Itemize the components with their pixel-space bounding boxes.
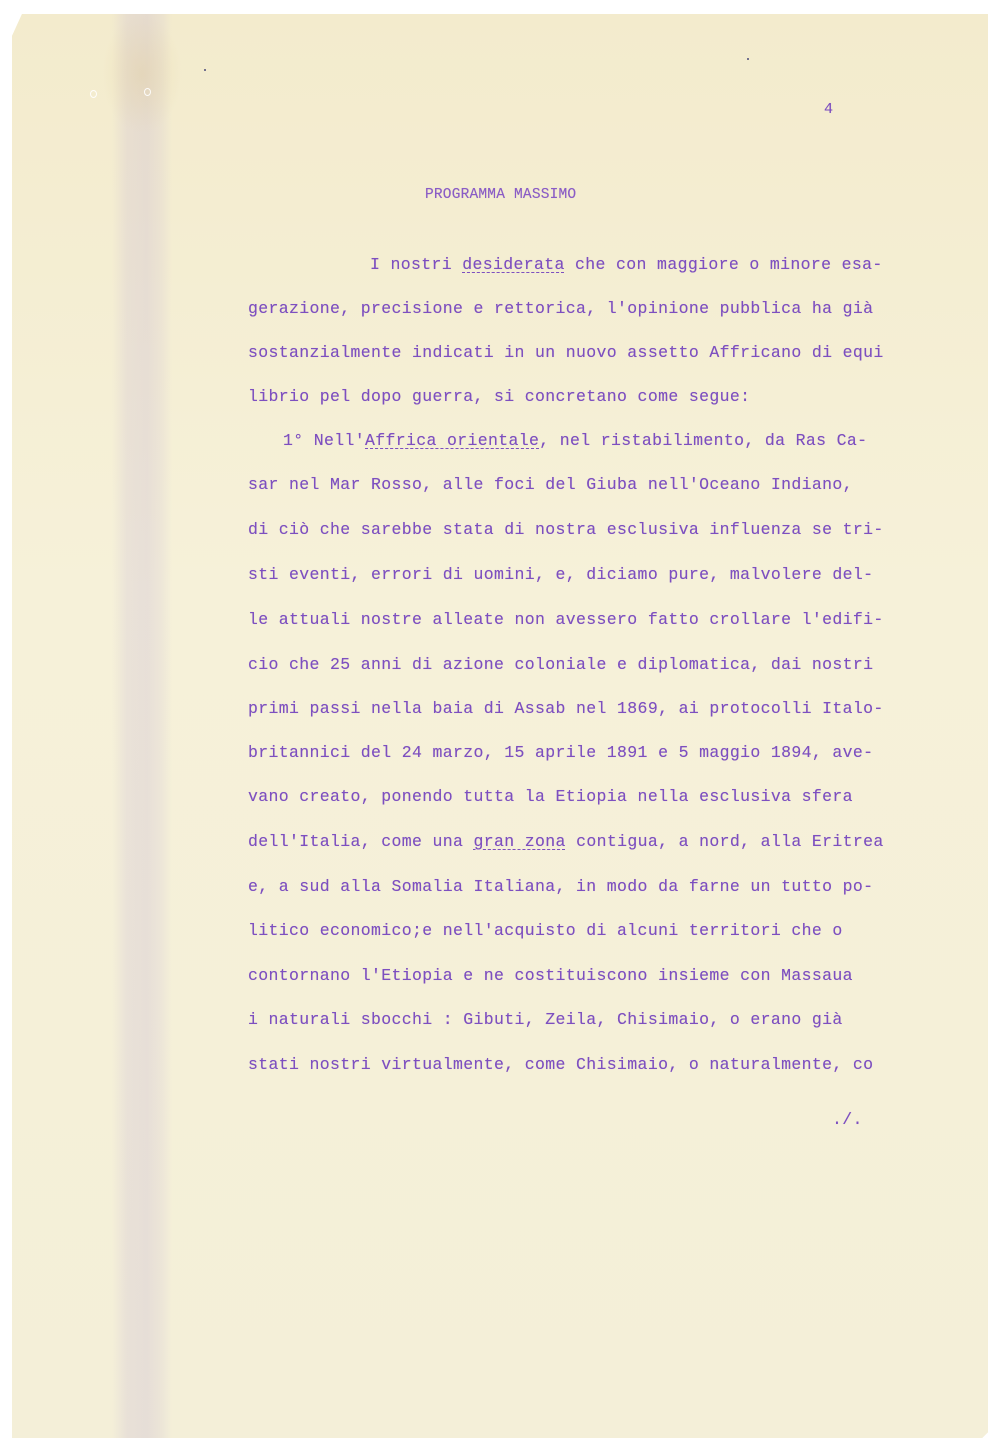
text-line: sar nel Mar Rosso, alle foci del Giuba n… [248,475,853,495]
continuation-mark: ./. [832,1110,863,1130]
paper-sheet [12,14,988,1438]
text-segment: contigua, a nord, alla Eritrea [566,832,884,851]
text-segment: dell'Italia, come una [248,832,474,851]
text-segment: , co [832,1055,873,1074]
text-line: 1° Nell'Affrica orientale, nel ristabili… [283,431,867,451]
handwritten-correction: naturalmente [709,1055,832,1074]
page-number: 4 [824,100,833,120]
text-line: litico economico;e nell'acquisto di alcu… [248,921,843,941]
text-line: le attuali nostre alleate non avessero f… [248,610,884,630]
text-segment: 1° Nell' [283,431,365,450]
text-line: dell'Italia, come una gran zona contigua… [248,832,884,852]
text-segment: I nostri [370,255,462,274]
punch-hole-mark [144,88,151,96]
text-line: britannici del 24 marzo, 15 aprile 1891 … [248,743,873,763]
text-line: i naturali sbocchi : Gibuti, Zeila, Chis… [248,1010,843,1030]
text-line: sostanzialmente indicati in un nuovo ass… [248,343,884,363]
text-line: librio pel dopo guerra, si concretano co… [248,387,750,407]
text-line: gerazione, precisione e rettorica, l'opi… [248,299,873,319]
ink-speck [204,69,206,71]
underlined-term: Affrica orientale [365,431,539,450]
text-line: cio che 25 anni di azione coloniale e di… [248,655,873,675]
text-line: vano creato, ponendo tutta la Etiopia ne… [248,787,853,807]
text-line: stati nostri virtualmente, come Chisimai… [248,1055,873,1075]
paper-stain [102,14,182,134]
underlined-term: desiderata [462,255,565,274]
text-line: e, a sud alla Somalia Italiana, in modo … [248,877,873,897]
text-segment: che con maggiore o minore esa- [565,255,883,274]
punch-hole-mark [90,90,97,98]
text-segment: , nel ristabilimento, da Ras Ca- [539,431,867,450]
underlined-term: gran zona [474,832,566,851]
text-segment: stati nostri virtualmente, come Chisimai… [248,1055,709,1074]
text-line: contornano l'Etiopia e ne costituiscono … [248,966,853,986]
corrected-word: naturalmente [709,1055,832,1074]
text-line: primi passi nella baia di Assab nel 1869… [248,699,884,719]
ink-speck [747,58,749,60]
text-line: sti eventi, errori di uomini, e, diciamo… [248,565,873,585]
text-line: di ciò che sarebbe stata di nostra esclu… [248,520,884,540]
document-title: PROGRAMMA MASSIMO [425,185,576,205]
text-line: I nostri desiderata che con maggiore o m… [370,255,883,275]
